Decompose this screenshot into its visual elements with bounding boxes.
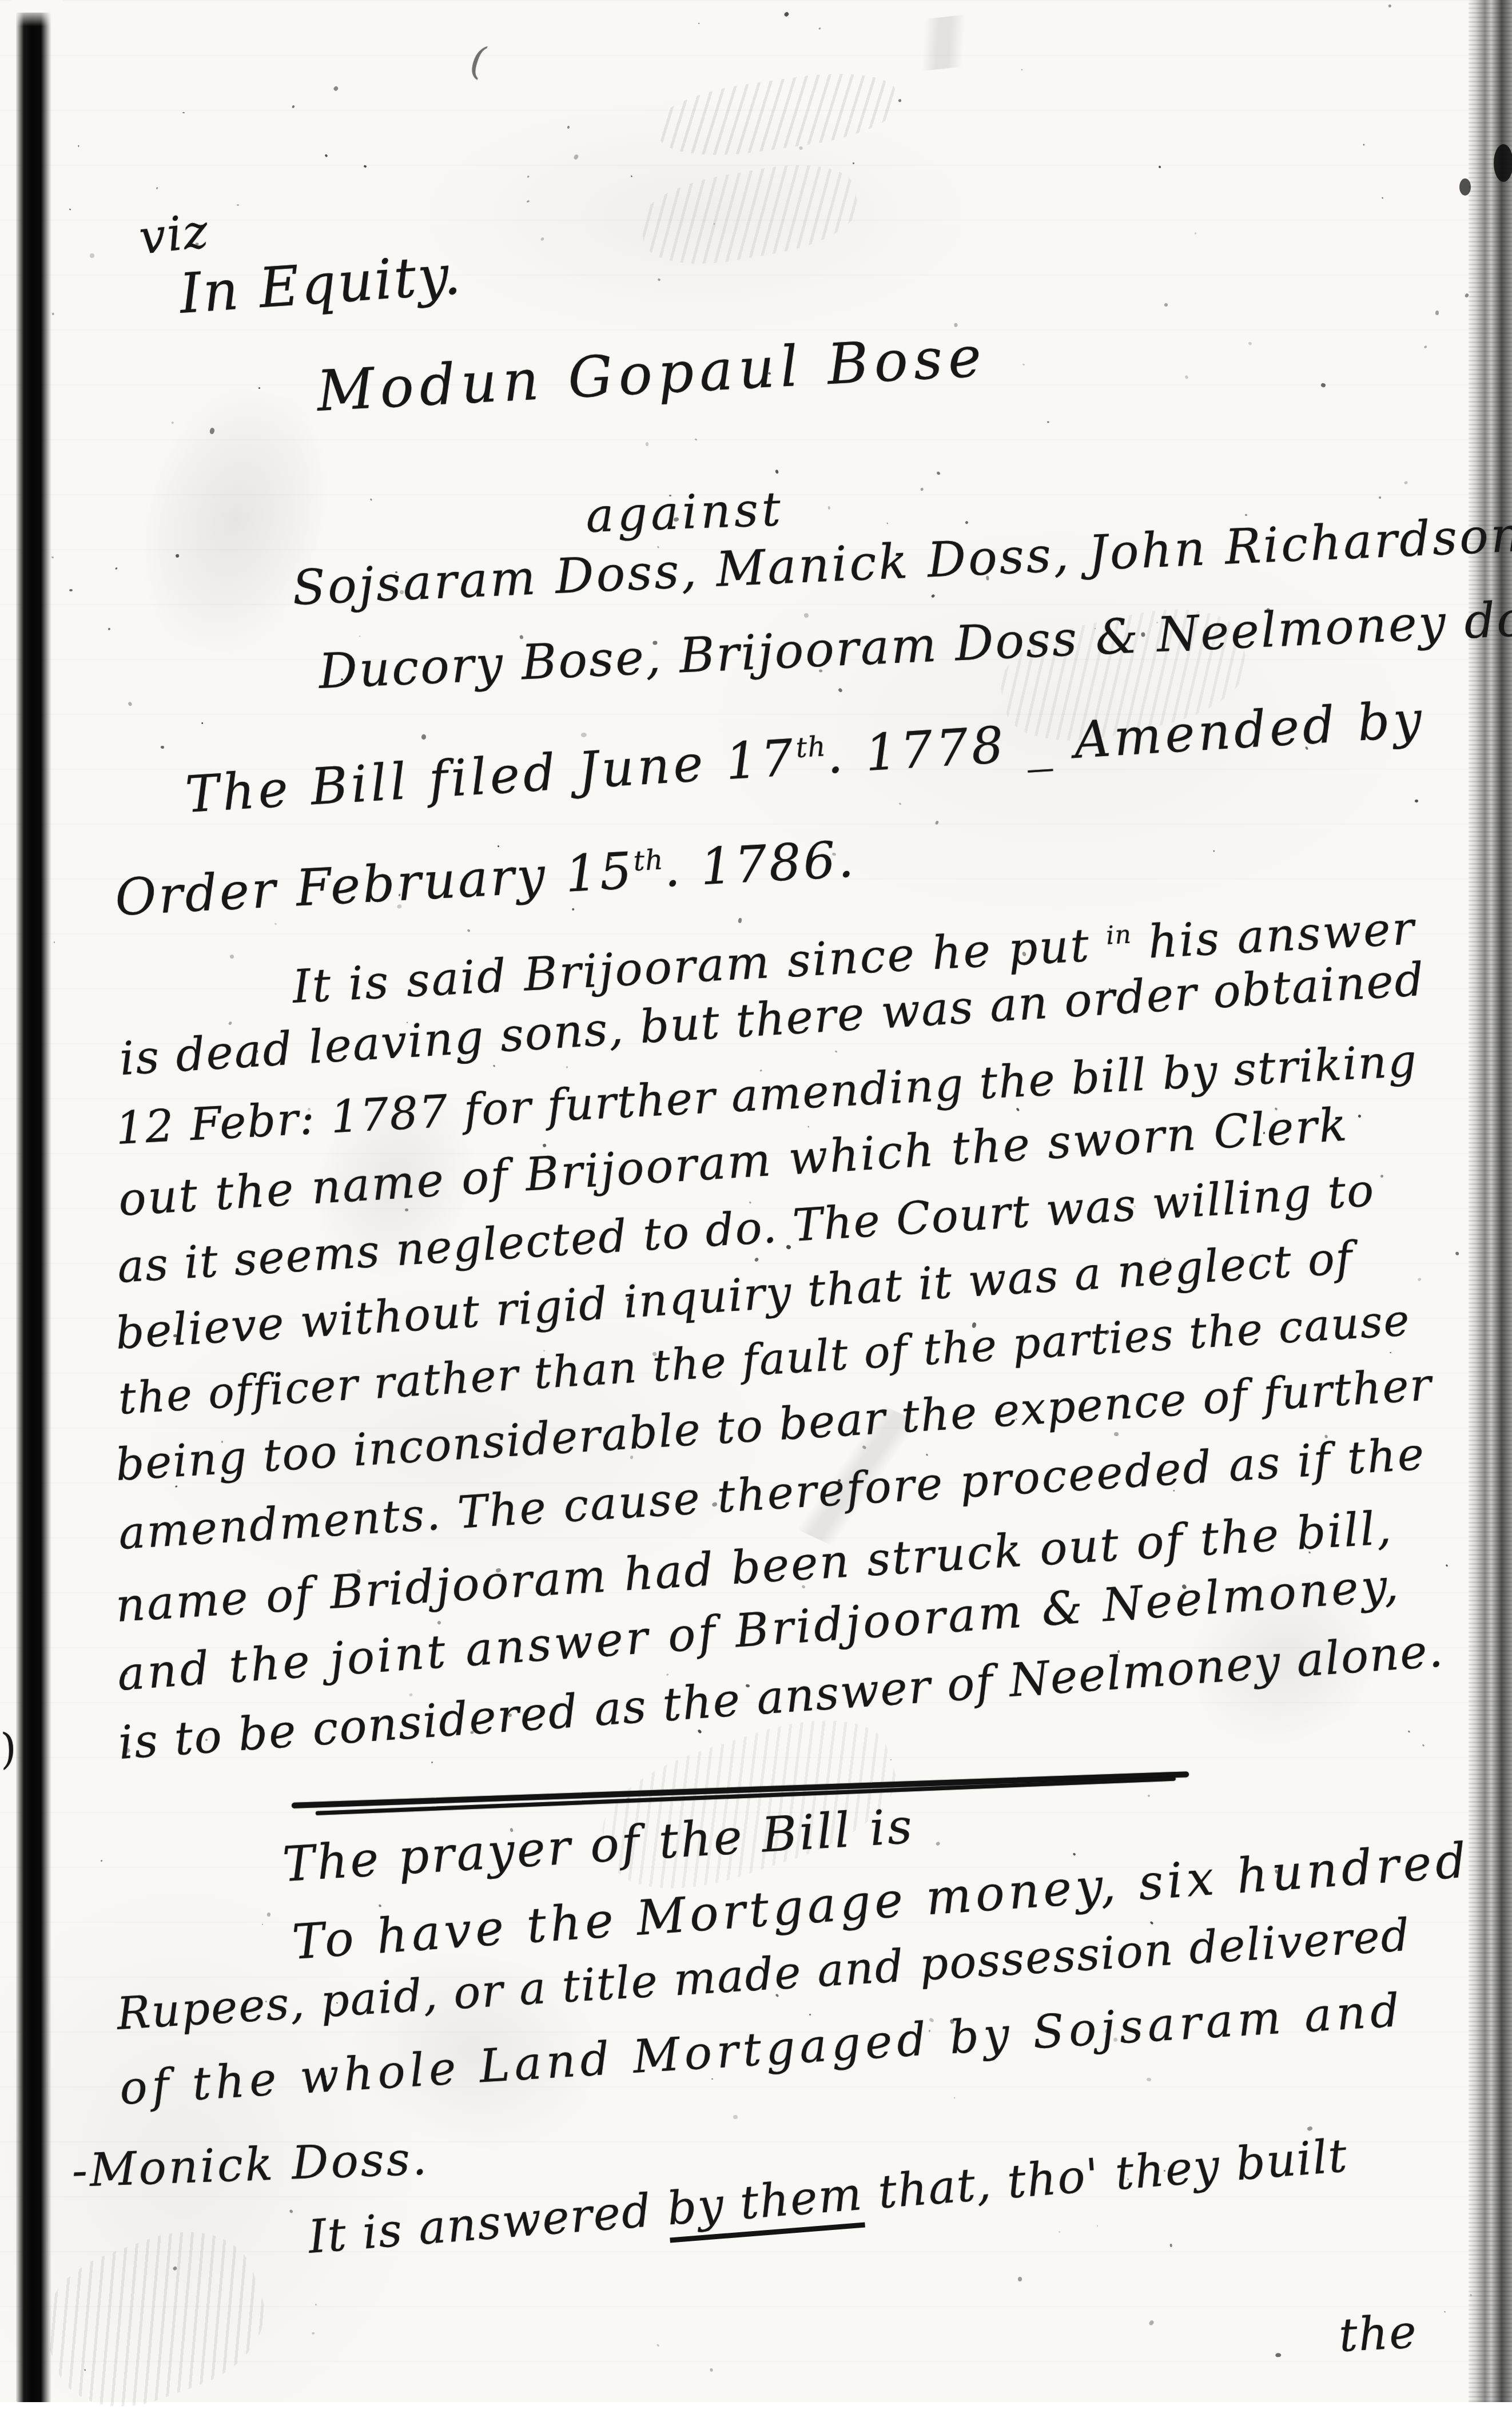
ink-speckle bbox=[1446, 1564, 1449, 1567]
ink-speckle bbox=[1381, 197, 1383, 199]
edge-ink-blob bbox=[1494, 144, 1512, 182]
page-edge-shadow bbox=[1469, 0, 1512, 2402]
ink-speckle bbox=[1363, 144, 1365, 146]
ink-speckle bbox=[926, 1453, 928, 1456]
ink-speckle bbox=[1388, 4, 1392, 8]
ink-speckle bbox=[379, 1904, 382, 1907]
ink-speckle bbox=[69, 589, 73, 592]
ink-speckle bbox=[1146, 2077, 1151, 2081]
ink-speckle bbox=[1424, 345, 1427, 348]
ink-speckle bbox=[646, 442, 648, 446]
ink-speckle bbox=[803, 613, 809, 618]
ink-speckle bbox=[201, 722, 204, 725]
ink-speckle bbox=[1435, 311, 1439, 316]
ink-speckle bbox=[1148, 2320, 1155, 2327]
ink-speckle bbox=[886, 522, 889, 524]
ink-speckle bbox=[572, 908, 575, 911]
ink-speckle bbox=[267, 1913, 270, 1917]
ink-speckle bbox=[54, 941, 55, 943]
ink-speckle bbox=[937, 471, 941, 476]
ink-speckle bbox=[733, 2114, 737, 2119]
ink-speckle bbox=[90, 253, 94, 259]
ink-speckle bbox=[566, 1066, 568, 1068]
text-run: against bbox=[585, 482, 785, 543]
ink-speckle bbox=[467, 929, 471, 933]
ink-speckle bbox=[1185, 375, 1189, 379]
ink-speckle bbox=[229, 955, 234, 960]
ink-speckle bbox=[574, 154, 579, 160]
ink-speckle bbox=[292, 105, 295, 108]
ink-speckle bbox=[809, 2014, 811, 2016]
ink-speckle bbox=[1389, 1352, 1391, 1354]
ink-speckle bbox=[666, 1673, 669, 1675]
ink-speckle bbox=[437, 1620, 441, 1625]
binding-shadow bbox=[16, 13, 51, 2402]
ink-speckle bbox=[1147, 1794, 1150, 1797]
ink-speckle bbox=[1018, 2277, 1022, 2281]
ink-speckle bbox=[209, 428, 215, 435]
ink-speckle bbox=[581, 733, 587, 738]
ink-speckle bbox=[1158, 166, 1161, 169]
ink-speckle bbox=[1047, 421, 1049, 423]
ink-speckle bbox=[128, 701, 133, 706]
ink-speckle bbox=[1418, 1277, 1422, 1281]
ink-speckle bbox=[1114, 1432, 1119, 1436]
ink-speckle bbox=[171, 422, 174, 424]
superscript-text: th bbox=[795, 730, 827, 764]
ink-speckle bbox=[405, 1208, 409, 1212]
ink-speckle bbox=[935, 821, 940, 825]
ink-speckle bbox=[540, 237, 545, 241]
ink-speckle bbox=[421, 734, 426, 740]
ink-speckle bbox=[783, 11, 789, 17]
ink-speckle bbox=[262, 1924, 263, 1925]
superscript-text: th bbox=[632, 844, 664, 877]
ink-speckle bbox=[228, 1021, 232, 1025]
ink-speckle bbox=[84, 2369, 86, 2371]
ink-speckle bbox=[497, 845, 499, 847]
ink-speckle bbox=[312, 2332, 315, 2335]
ink-speckle bbox=[754, 1257, 759, 1262]
ink-speckle bbox=[935, 1841, 941, 1846]
ink-speckle bbox=[1320, 383, 1326, 388]
ink-speckle bbox=[774, 470, 778, 474]
ink-speckle bbox=[237, 204, 239, 206]
binding-top-fade bbox=[11, 0, 63, 26]
ink-speckle bbox=[567, 126, 570, 129]
heading-viz: viz bbox=[137, 206, 212, 264]
ink-speckle bbox=[431, 1762, 433, 1764]
ink-speckle bbox=[1150, 1921, 1154, 1925]
text-run: viz bbox=[137, 204, 212, 265]
ink-speckle bbox=[1248, 341, 1252, 346]
ink-speckle bbox=[364, 165, 367, 168]
ink-speckle bbox=[1404, 480, 1408, 484]
ink-speckle bbox=[324, 154, 328, 157]
ink-speckle bbox=[698, 22, 700, 24]
ink-speckle bbox=[274, 923, 277, 925]
superscript-text: in bbox=[1105, 920, 1132, 950]
ink-speckle bbox=[69, 208, 71, 210]
ink-speckle bbox=[1097, 2225, 1099, 2227]
ink-speckle bbox=[1059, 2231, 1061, 2234]
ink-speckle bbox=[1408, 1730, 1411, 1733]
ink-speckle bbox=[630, 176, 632, 177]
ink-speckle bbox=[698, 1729, 703, 1734]
text-run: . 1786. bbox=[662, 829, 857, 898]
ink-speckle bbox=[898, 99, 901, 102]
ink-speckle bbox=[1380, 1175, 1383, 1178]
ink-speckle bbox=[738, 918, 742, 924]
catchword: the bbox=[1338, 2307, 1418, 2361]
ink-speckle bbox=[258, 387, 260, 389]
ink-speckle bbox=[1378, 496, 1380, 499]
ink-speckle bbox=[527, 176, 530, 178]
ink-speckle bbox=[100, 1860, 102, 1862]
ink-speckle bbox=[838, 687, 843, 693]
ink-speckle bbox=[1164, 303, 1168, 307]
ink-speckle bbox=[161, 746, 165, 749]
ink-speckle bbox=[1358, 1114, 1361, 1118]
ink-speckle bbox=[656, 2344, 659, 2347]
ink-speckle bbox=[359, 635, 360, 637]
ink-speckle bbox=[1016, 1108, 1020, 1112]
manuscript-page: (vizIn Equity.Modun Gopaul BoseagainstSo… bbox=[0, 0, 1512, 2402]
ink-speckle bbox=[315, 2304, 317, 2306]
ink-speckle bbox=[1072, 1852, 1076, 1856]
ink-speckle bbox=[1213, 850, 1215, 852]
ink-speckle bbox=[899, 802, 902, 805]
ink-speckle bbox=[493, 1064, 496, 1067]
ink-speckle bbox=[1021, 69, 1022, 70]
text-run: the bbox=[1338, 2305, 1419, 2362]
ink-speckle bbox=[173, 2266, 178, 2271]
ink-speckle bbox=[1443, 2311, 1445, 2312]
ink-speckle bbox=[834, 1051, 837, 1054]
ink-speckle bbox=[853, 162, 854, 164]
ink-speckle bbox=[156, 187, 158, 190]
ink-speckle bbox=[1170, 2244, 1172, 2247]
ink-speckle bbox=[714, 223, 715, 225]
ink-speckle bbox=[52, 313, 54, 316]
ink-speckle bbox=[289, 2209, 293, 2214]
edge-ink-blob bbox=[1459, 178, 1471, 196]
ink-speckle bbox=[1455, 1251, 1459, 1255]
ink-speckle bbox=[657, 278, 660, 281]
ink-speckle bbox=[1245, 514, 1247, 516]
ink-speckle bbox=[710, 2368, 713, 2371]
ink-speckle bbox=[1422, 1744, 1425, 1747]
ink-speckle bbox=[828, 506, 830, 510]
ink-speckle bbox=[527, 200, 530, 203]
ink-speckle bbox=[115, 567, 118, 570]
ink-speckle bbox=[954, 2097, 955, 2098]
ink-speckle bbox=[1275, 2353, 1281, 2357]
ink-speckle bbox=[1022, 363, 1025, 366]
ink-speckle bbox=[333, 86, 339, 92]
ink-speckle bbox=[1195, 232, 1197, 234]
ink-speckle bbox=[51, 556, 54, 559]
ink-speckle bbox=[1415, 800, 1419, 803]
versus: against bbox=[585, 484, 785, 542]
ink-speckle bbox=[965, 520, 969, 524]
ink-speckle bbox=[920, 487, 924, 491]
ink-speckle bbox=[108, 627, 111, 630]
ink-speckle bbox=[799, 146, 803, 149]
ink-speckle bbox=[1307, 2126, 1313, 2132]
ink-speckle bbox=[890, 1759, 892, 1761]
ink-speckle bbox=[930, 594, 935, 598]
ink-speckle bbox=[369, 498, 372, 501]
ink-speckle bbox=[862, 1445, 866, 1450]
ink-speckle bbox=[175, 554, 179, 558]
ink-speckle bbox=[807, 1126, 809, 1128]
ink-speckle bbox=[78, 145, 79, 147]
ink-speckle bbox=[695, 439, 698, 441]
ink-speckle bbox=[818, 27, 821, 30]
ink-speckle bbox=[182, 112, 184, 114]
